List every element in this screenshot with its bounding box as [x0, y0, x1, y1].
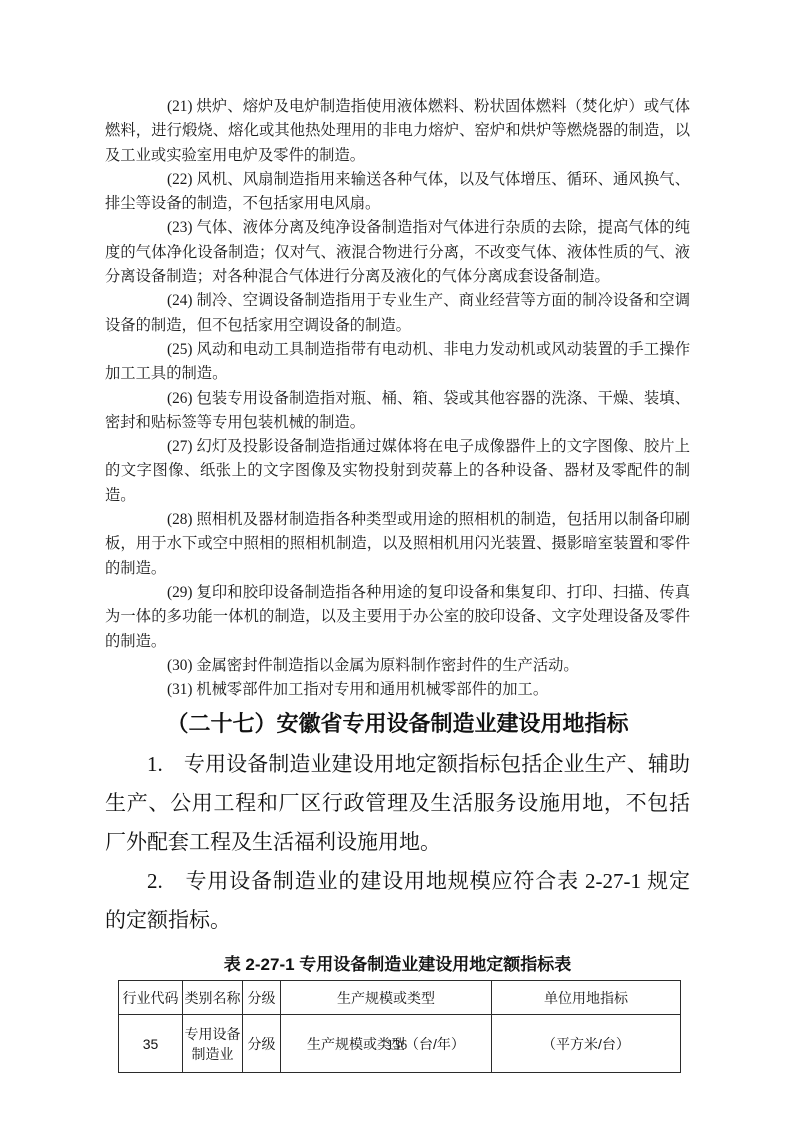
definition-paragraph-24: (24) 制冷、空调设备制造指用于专业生产、商业经营等方面的制冷设备和空调设备的…: [105, 289, 690, 338]
definition-paragraph-29: (29) 复印和胶印设备制造指各种用途的复印设备和集复印、打印、扫描、传真为一体…: [105, 581, 690, 654]
page-number: 136: [0, 1037, 794, 1053]
land-quota-table: 行业代码 类别名称 分级 生产规模或类型 单位用地指标 35 专用设备制造业 分…: [118, 980, 681, 1073]
section-paragraph-2: 2. 专用设备制造业的建设用地规模应符合表 2-27-1 规定的定额指标。: [105, 862, 690, 940]
table-caption: 表 2-27-1 专用设备制造业建设用地定额指标表: [105, 950, 690, 975]
col-header-grading: 分级: [243, 981, 281, 1015]
definition-paragraph-27: (27) 幻灯及投影设备制造指通过媒体将在电子成像器件上的文字图像、胶片上的文字…: [105, 435, 690, 508]
definition-paragraph-22: (22) 风机、风扇制造指用来输送各种气体，以及气体增压、循环、通风换气、排尘等…: [105, 168, 690, 217]
table-header-row: 行业代码 类别名称 分级 生产规模或类型 单位用地指标: [119, 981, 681, 1015]
definitions-section: (21) 烘炉、熔炉及电炉制造指使用液体燃料、粉状固体燃料（焚化炉）或气体燃料，…: [105, 95, 690, 702]
definition-paragraph-30: (30) 金属密封件制造指以金属为原料制作密封件的生产活动。: [105, 654, 690, 678]
definition-paragraph-31: (31) 机械零部件加工指对专用和通用机械零部件的加工。: [105, 678, 690, 702]
document-page: (21) 烘炉、熔炉及电炉制造指使用液体燃料、粉状固体燃料（焚化炉）或气体燃料，…: [0, 0, 794, 1122]
definition-paragraph-21: (21) 烘炉、熔炉及电炉制造指使用液体燃料、粉状固体燃料（焚化炉）或气体燃料，…: [105, 95, 690, 168]
col-header-production-scale: 生产规模或类型: [281, 981, 492, 1015]
definition-paragraph-25: (25) 风动和电动工具制造指带有电动机、非电力发动机或风动装置的手工操作加工工…: [105, 338, 690, 387]
section-heading: （二十七）安徽省专用设备制造业建设用地指标: [105, 709, 690, 739]
section-paragraph-1: 1. 专用设备制造业建设用地定额指标包括企业生产、辅助生产、公用工程和厂区行政管…: [105, 745, 690, 861]
col-header-industry-code: 行业代码: [119, 981, 183, 1015]
definition-paragraph-26: (26) 包装专用设备制造指对瓶、桶、箱、袋或其他容器的洗涤、干燥、装填、密封和…: [105, 387, 690, 436]
col-header-unit-land-quota: 单位用地指标: [492, 981, 681, 1015]
definition-paragraph-28: (28) 照相机及器材制造指各种类型或用途的照相机的制造，包括用以制备印刷板，用…: [105, 508, 690, 581]
col-header-category-name: 类别名称: [183, 981, 243, 1015]
definition-paragraph-23: (23) 气体、液体分离及纯净设备制造指对气体进行杂质的去除，提高气体的纯度的气…: [105, 216, 690, 289]
